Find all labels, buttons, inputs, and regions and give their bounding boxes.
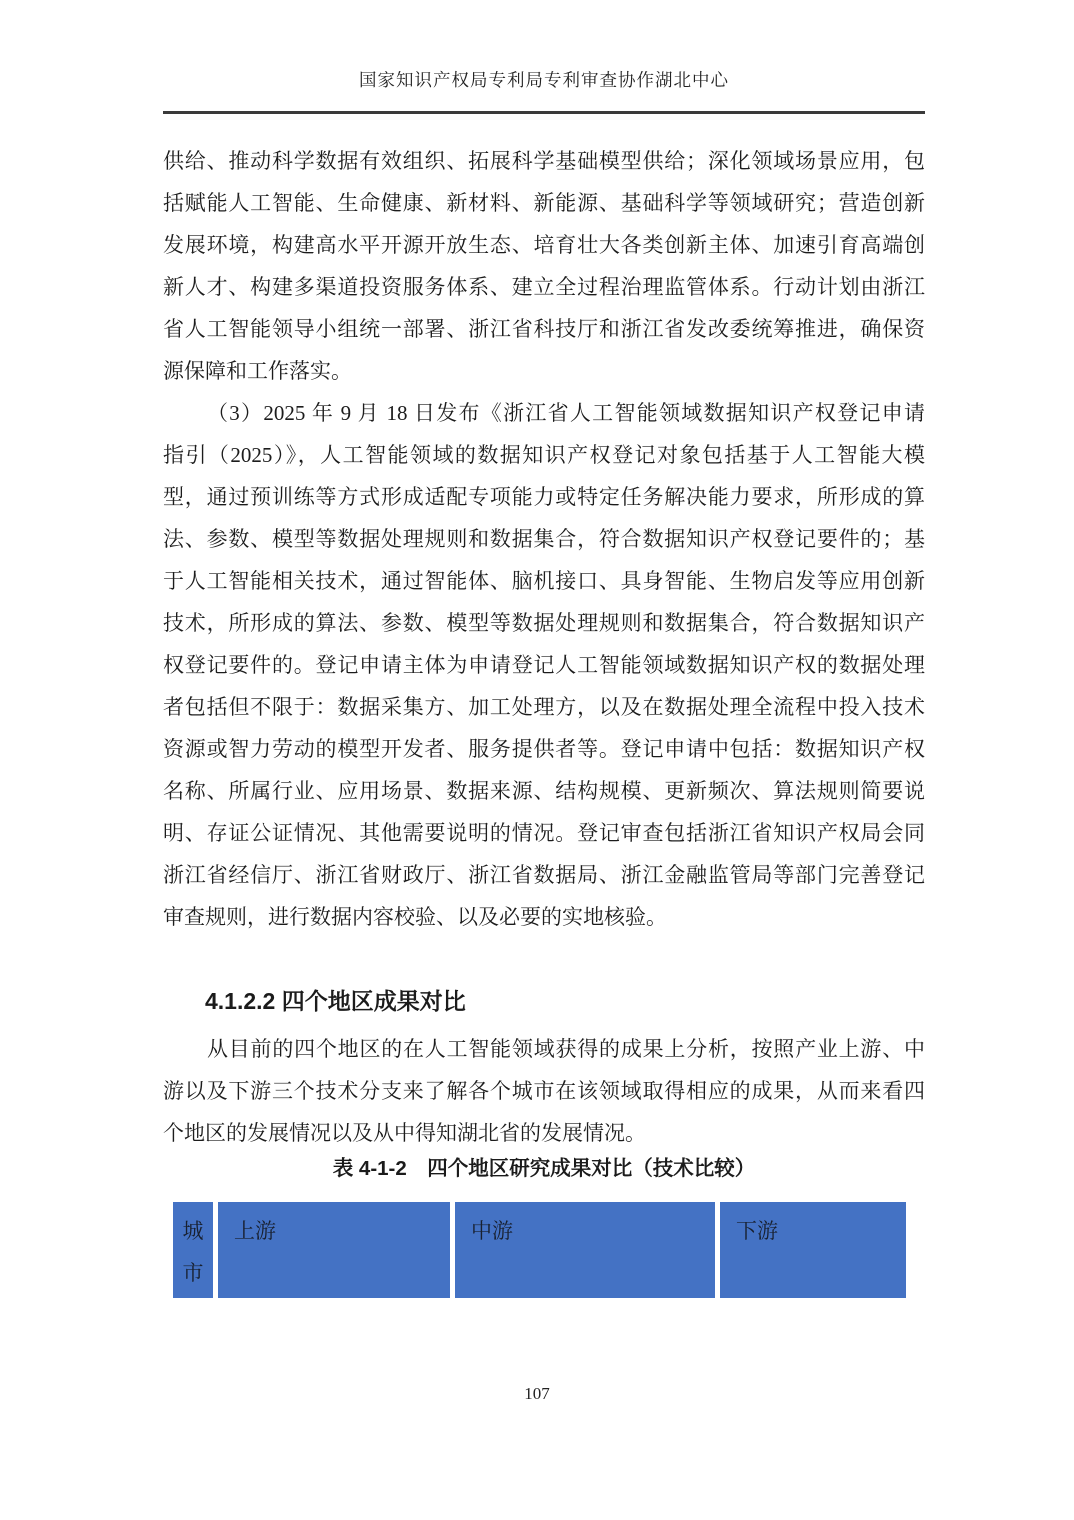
text-line: 从目前的四个地区的在人工智能领域获得的成果上分析，按照产业上游、中 [163,1028,925,1070]
comparison-table-header-row: 城市 上游 中游 下游 [173,1202,925,1298]
table-header-cell-upstream: 上游 [218,1202,450,1298]
text-line: 资源或智力劳动的模型开发者、服务提供者等。登记申请中包括：数据知识产权 [163,728,925,770]
text-line: 审查规则，进行数据内容校验、以及必要的实地核验。 [163,896,925,938]
text-line: 明、存证公证情况、其他需要说明的情况。登记审查包括浙江省知识产权局会同 [163,812,925,854]
text-line: 个地区的发展情况以及从中得知湖北省的发展情况。 [163,1112,925,1154]
text-line: 技术，所形成的算法、参数、模型等数据处理规则和数据集合，符合数据知识产 [163,602,925,644]
text-line: 源保障和工作落实。 [163,350,925,392]
document-body: 供给、推动科学数据有效组织、拓展科学基础模型供给；深化领域场景应用，包 括赋能人… [163,117,925,1298]
page-header-title: 国家知识产权局专利局专利审查协作湖北中心 [163,68,925,92]
section-heading: 4.1.2.2 四个地区成果对比 [163,986,925,1016]
text-line: 新人才、构建多渠道投资服务体系、建立全过程治理监管体系。行动计划由浙江 [163,266,925,308]
page-number: 107 [0,1384,1074,1404]
text-line: 权登记要件的。登记申请主体为申请登记人工智能领域数据知识产权的数据处理 [163,644,925,686]
text-line: 发展环境，构建高水平开源开放生态、培育壮大各类创新主体、加速引育高端创 [163,224,925,266]
paragraph: 从目前的四个地区的在人工智能领域获得的成果上分析，按照产业上游、中 游以及下游三… [163,1028,925,1154]
text-line: 浙江省经信厅、浙江省财政厅、浙江省数据局、浙江金融监管局等部门完善登记 [163,854,925,896]
page-header: 国家知识产权局专利局专利审查协作湖北中心 [163,0,925,114]
table-header-cell-downstream: 下游 [720,1202,906,1298]
table-header-cell-city: 城市 [173,1202,213,1298]
text-line: 省人工智能领导小组统一部署、浙江省科技厅和浙江省发改委统筹推进，确保资 [163,308,925,350]
text-line: 括赋能人工智能、生命健康、新材料、新能源、基础科学等领域研究；营造创新 [163,182,925,224]
text-line: 型，通过预训练等方式形成适配专项能力或特定任务解决能力要求，所形成的算 [163,476,925,518]
text-line: 指引（2025）》，人工智能领域的数据知识产权登记对象包括基于人工智能大模 [163,434,925,476]
text-line: 于人工智能相关技术，通过智能体、脑机接口、具身智能、生物启发等应用创新 [163,560,925,602]
text-line: 者包括但不限于：数据采集方、加工处理方，以及在数据处理全流程中投入技术 [163,686,925,728]
paragraph: 供给、推动科学数据有效组织、拓展科学基础模型供给；深化领域场景应用，包 括赋能人… [163,140,925,392]
text-line: 供给、推动科学数据有效组织、拓展科学基础模型供给；深化领域场景应用，包 [163,140,925,182]
text-line: （3）2025 年 9 月 18 日发布《浙江省人工智能领域数据知识产权登记申请 [163,392,925,434]
document-page: 国家知识产权局专利局专利审查协作湖北中心 供给、推动科学数据有效组织、拓展科学基… [0,0,1074,1520]
paragraph: （3）2025 年 9 月 18 日发布《浙江省人工智能领域数据知识产权登记申请… [163,392,925,938]
table-header-cell-midstream: 中游 [455,1202,715,1298]
table-caption: 表 4-1-2 四个地区研究成果对比（技术比较） [163,1156,925,1182]
text-line: 法、参数、模型等数据处理规则和数据集合，符合数据知识产权登记要件的；基 [163,518,925,560]
text-line: 游以及下游三个技术分支来了解各个城市在该领域取得相应的成果，从而来看四 [163,1070,925,1112]
text-line: 名称、所属行业、应用场景、数据来源、结构规模、更新频次、算法规则简要说 [163,770,925,812]
header-divider [163,111,925,114]
